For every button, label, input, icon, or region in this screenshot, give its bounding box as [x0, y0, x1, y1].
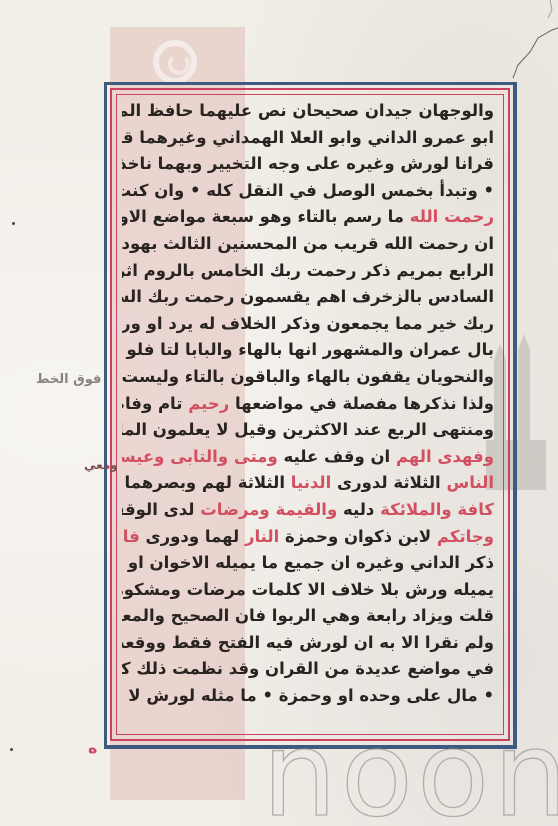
- text-line-20: قلت ويزاد رابعة وهي الربوا فان الصحيح وا…: [122, 603, 494, 630]
- paper-speck: [12, 222, 15, 225]
- rubric-word: الدنيا: [291, 473, 332, 492]
- rubric-word: ومتى: [234, 447, 278, 466]
- rubric-word: وفهدى الهم: [396, 447, 494, 466]
- rubric-word: كافة: [457, 500, 494, 519]
- text-line-2: ابو عمرو الداني وابو العلا الهمداني وغير…: [122, 125, 494, 152]
- rubric-word: رحيم: [188, 394, 229, 413]
- watermark-logo-icon: [153, 40, 197, 84]
- rubric-word: رحمت الله: [410, 207, 494, 226]
- noonn-watermark: noonn: [262, 715, 558, 826]
- text-line-13: ومنتهى الربع عند الاكثرين وقيل لا يعلمون…: [122, 417, 494, 444]
- rubric-word: والقيمة: [275, 500, 337, 519]
- margin-note-left-upper: فوق الخط: [36, 372, 101, 387]
- text-line-4: • وتبدأ بخمس الوصل في النقل كله • وان كن…: [122, 178, 494, 205]
- text-line-8: السادس بالزخرف اهم يقسمون رحمت ربك الساب…: [122, 284, 494, 311]
- text-line-16: كافة والملائكة دليه والقيمة ومرضات لدى ا…: [122, 497, 494, 524]
- text-line-9: ربك خير مما يجمعون وذكر الخلاف له يرد او…: [122, 311, 494, 338]
- text-line-5: رحمت الله ما رسم بالتاء وهو سبعة مواضع ا…: [122, 204, 494, 231]
- text-line-12: ولذا نذكرها مفصلة في مواضعها رحيم تام وف…: [122, 391, 494, 418]
- margin-note-left-middle: ومعي: [84, 458, 118, 472]
- text-line-21: ولم نقرا الا به ان لورش فيه الفتح فقط وو…: [122, 630, 494, 657]
- rubric-word: والتابى: [170, 447, 228, 466]
- rubric-word: وجاتكم: [437, 527, 494, 546]
- rubric-word: الناس: [446, 473, 494, 492]
- manuscript-text-block: والوجهان جيدان صحيحان نص عليهما حافظ الم…: [122, 98, 494, 738]
- rubric-word: وعيسى: [122, 447, 164, 466]
- text-line-22: في مواضع عديدة من القران وقد نظمت ذلك كل…: [122, 656, 494, 683]
- rubric-word: والملائكة: [380, 500, 452, 519]
- text-line-14: وفهدى الهم ان وقف عليه ومتى والتابى وعيس…: [122, 444, 494, 471]
- paper-crack: [468, 0, 558, 90]
- rubric-word: ومرضات: [200, 500, 269, 519]
- text-line-15: الناس الثلاثة لدورى الدنيا الثلاثة لهم و…: [122, 470, 494, 497]
- rubric-word: النار: [245, 527, 279, 546]
- text-line-18: ذكر الداني وغيره ان جميع ما يميله الاخوا…: [122, 550, 494, 577]
- text-line-6: ان رحمت الله قريب من المحسنين الثالث بهو…: [122, 231, 494, 258]
- text-line-10: بال عمران والمشهور انها بالهاء والبابا ل…: [122, 337, 494, 364]
- text-line-1: والوجهان جيدان صحيحان نص عليهما حافظ الم…: [122, 98, 494, 125]
- text-line-19: يميله ورش بلا خلاف الا كلمات مرضات ومشكو…: [122, 577, 494, 604]
- text-line-3: قرانا لورش وغيره على وجه التخيير وبهما ن…: [122, 151, 494, 178]
- text-line-17: وجاتكم لابن ذكوان وحمزة النار لهما ودورى…: [122, 524, 494, 551]
- margin-note-left-bottom: ه: [88, 738, 97, 757]
- rubric-word: فاجتنابات: [122, 527, 140, 546]
- text-line-11: والنحويان يقفون بالهاء والباقون بالتاء و…: [122, 364, 494, 391]
- paper-speck: [10, 748, 13, 751]
- text-line-7: الرابع بمريم ذكر رحمت ربك الخامس بالروم …: [122, 258, 494, 285]
